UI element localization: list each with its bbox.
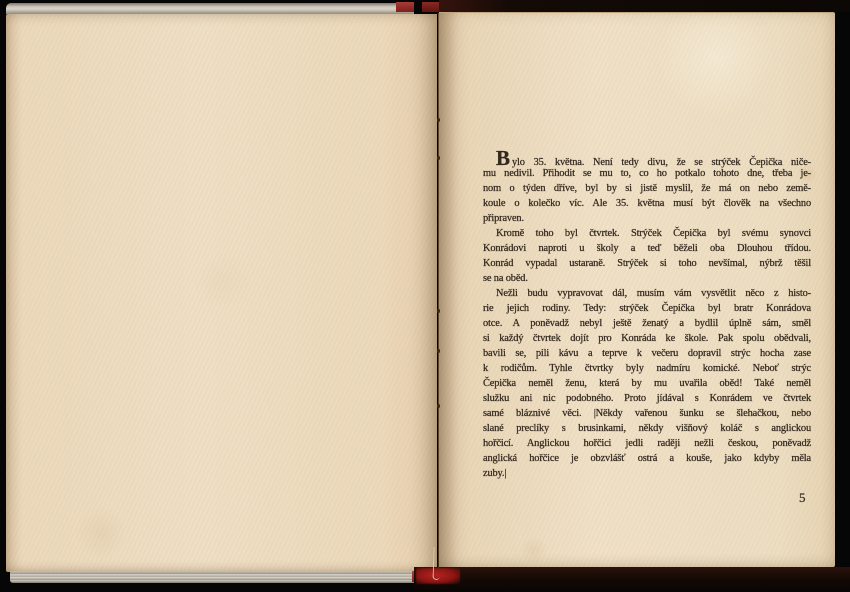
bottom-cover-strip: [414, 567, 850, 592]
text-line: zuby.|: [483, 466, 811, 481]
text-line: se na oběd.: [483, 271, 811, 286]
text-line: bavili se, pili kávu a teprve k večeru d…: [483, 346, 811, 361]
left-page-bottom-edges: [10, 571, 428, 583]
spine-stitch: [437, 156, 441, 160]
paragraph: Kromě toho byl čtvrtek. Strýček Čepička …: [483, 226, 811, 286]
left-page-top-edges: [6, 3, 414, 14]
text-line: hořčicí. Anglickou hořčici jedli raději …: [483, 436, 811, 451]
text-line: k rodičům. Tyhle čtvrtky byly nadmíru ko…: [483, 361, 811, 376]
text-line: služku ani nic podobného. Proto jídával …: [483, 391, 811, 406]
text-line: Nežli budu vypravovat dál, musím vám vys…: [483, 286, 811, 301]
text-line: mu nedivil. Přihodit se mu to, co ho pot…: [483, 166, 811, 181]
headband-red-mark-2: [422, 2, 439, 12]
text-line: rie jejich rodiny. Tedy: strýček Čepička…: [483, 301, 811, 316]
text-line: slané preclíky s brusinkami, někdy višňo…: [483, 421, 811, 436]
text-line: Konrádovi naproti u školy a teď běželi o…: [483, 241, 811, 256]
spine-stitch: [437, 349, 441, 353]
text-line: připraven.: [483, 211, 811, 226]
photo-background: Bylo 35. května. Není tedy divu, že se s…: [0, 0, 850, 592]
text-line: Čepička neměl ženu, která by mu uvařila …: [483, 376, 811, 391]
text-line: otce. A poněvadž nebyl ještě ženatý a by…: [483, 316, 811, 331]
text-line: anglická hořčice je obzvlášť ostrá a kou…: [483, 451, 811, 466]
spine-stitch: [437, 404, 441, 408]
top-cover-strip: [439, 0, 850, 12]
text-line: nom o týden dříve, byl by si jistě mysli…: [483, 181, 811, 196]
spine-stitch: [437, 118, 441, 122]
text-line: Bylo 35. května. Není tedy divu, že se s…: [483, 151, 811, 166]
headband-red-mark: [396, 2, 414, 12]
text-line: si každý čtvrtek dojít pro Konráda ke šk…: [483, 331, 811, 346]
text-line: Kromě toho byl čtvrtek. Strýček Čepička …: [483, 226, 811, 241]
paragraph: Nežli budu vypravovat dál, musím vám vys…: [483, 286, 811, 481]
page-number: 5: [799, 490, 806, 506]
left-blank-page: [6, 14, 437, 572]
page-text-block: Bylo 35. května. Není tedy divu, že se s…: [483, 151, 811, 481]
text-line: Konrád vypadal ustaraně. Strýček si toho…: [483, 256, 811, 271]
spine-stitch: [437, 309, 441, 313]
paragraph: Bylo 35. května. Není tedy divu, že se s…: [483, 151, 811, 226]
text-line: koule o kolečko víc. Ale 35. května musí…: [483, 196, 811, 211]
spine-thread: [432, 547, 440, 580]
text-line: samé bláznivé věci. |Někdy vařenou šunku…: [483, 406, 811, 421]
right-text-page: Bylo 35. května. Není tedy divu, že se s…: [439, 12, 835, 567]
book-spine: [438, 13, 440, 570]
